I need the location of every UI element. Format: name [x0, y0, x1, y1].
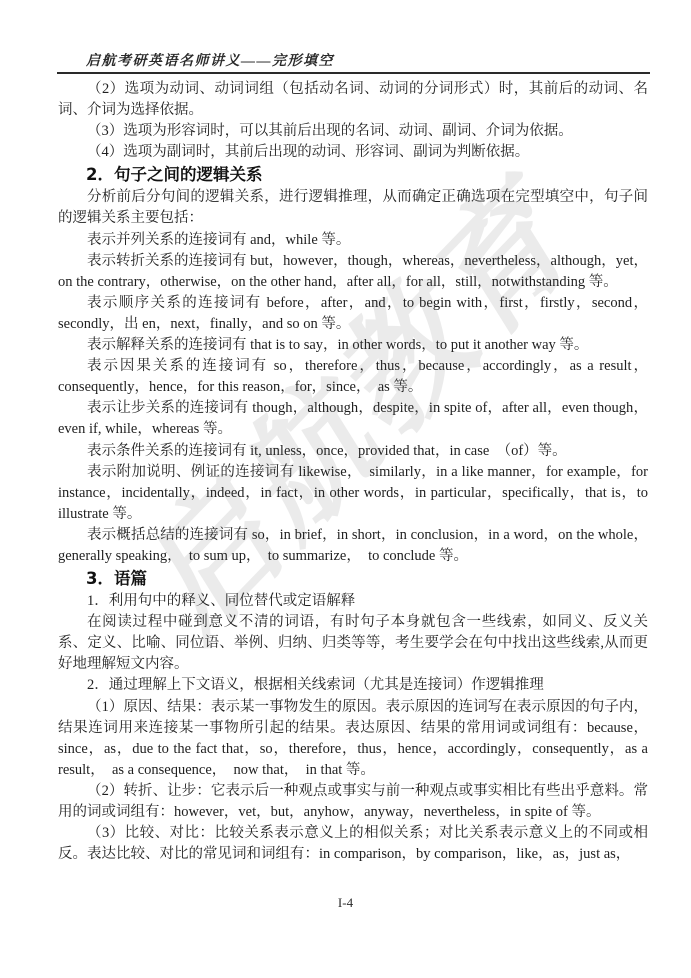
paragraph-parallel-connectives: 表示并列关系的连接词有 and，while 等。: [58, 230, 648, 251]
header-rule: [57, 72, 650, 74]
paragraph-option-adverb: （4）选项为副词时，其前后出现的动词、形容词、副词为判断依据。: [58, 142, 648, 163]
paragraph-sequence-connectives: 表示顺序关系的连接词有 before，after，and，to begin wi…: [58, 293, 648, 335]
document-page: 启航考研英语名师讲义——完形填空 （2）选项为动词、动词词组（包括动名词、动词的…: [0, 0, 691, 978]
paragraph-logic-intro: 分析前后分句间的逻辑关系，进行逻辑推理，从而确定正确选项在完型填空中，句子间的逻…: [58, 187, 648, 229]
paragraph-concession-connectives: 表示让步关系的连接词有 though，although，despite，in s…: [58, 398, 648, 440]
paragraph-causal-connectives: 表示因果关系的连接词有 so，therefore，thus，because，ac…: [58, 356, 648, 398]
document-body: （2）选项为动词、动词词组（包括动名词、动词的分词形式）时，其前后的动词、名词、…: [58, 79, 648, 865]
paragraph-context-clues: 在阅读过程中碰到意义不清的词语，有时句子本身就包含一些线索，如同义、反义关系、定…: [58, 612, 648, 675]
paragraph-explanation-connectives: 表示解释关系的连接词有 that is to say，in other word…: [58, 335, 648, 356]
paragraph-option-adjective: （3）选项为形容词时，可以其前后出现的名词、动词、副词、介词为依据。: [58, 121, 648, 142]
page-number: I-4: [0, 895, 691, 911]
paragraph-discourse-point-2: 2．通过理解上下文语义，根据相关线索词（尤其是连接词）作逻辑推理: [58, 675, 648, 696]
section-heading-logic-relations: 2．句子之间的逻辑关系: [58, 164, 648, 186]
paragraph-cause-effect: （1）原因、结果：表示某一事物发生的原因。表示原因的连词写在表示原因的句子内，结…: [58, 697, 648, 781]
section-heading-discourse: 3．语篇: [58, 568, 648, 590]
paragraph-option-verb: （2）选项为动词、动词词组（包括动名词、动词的分词形式）时，其前后的动词、名词、…: [58, 79, 648, 121]
paragraph-comparison-contrast: （3）比较、对比：比较关系表示意义上的相似关系；对比关系表示意义上的不同或相反。…: [58, 823, 648, 865]
paragraph-condition-connectives: 表示条件关系的连接词有 it, unless，once，provided tha…: [58, 441, 648, 462]
paragraph-contrast-concession: （2）转折、让步：它表示后一种观点或事实与前一种观点或事实相比有些出乎意料。常用…: [58, 781, 648, 823]
paragraph-transition-connectives: 表示转折关系的连接词有 but，however，though，whereas，n…: [58, 251, 648, 293]
paragraph-discourse-point-1: 1．利用句中的释义、同位替代或定语解释: [58, 591, 648, 612]
paragraph-summary-connectives: 表示概括总结的连接词有 so，in brief，in short，in conc…: [58, 525, 648, 567]
paragraph-addition-connectives: 表示附加说明、例证的连接词有 likewise， similarly，in a …: [58, 462, 648, 525]
running-header: 启航考研英语名师讲义——完形填空: [86, 50, 334, 70]
